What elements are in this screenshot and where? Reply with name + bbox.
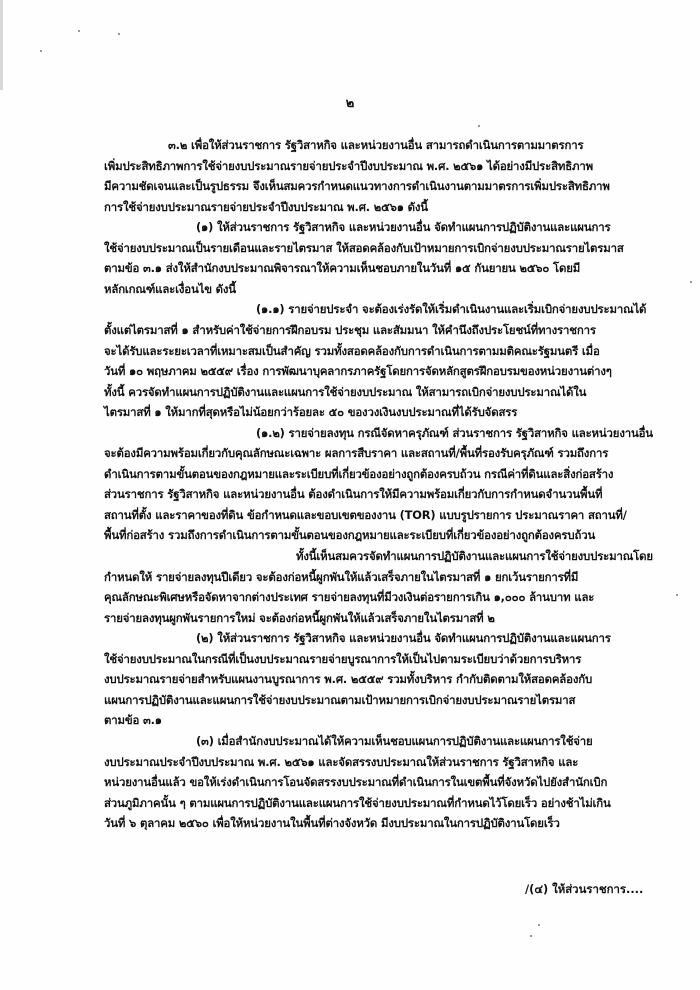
document-line: หน่วยงานอื่นแล้ว ขอให้เร่งดำเนินการโอนจั…	[104, 772, 684, 792]
document-line: เพิ่มประสิทธิภาพการใช้จ่ายงบประมาณรายจ่า…	[104, 156, 684, 176]
scan-speck	[690, 281, 692, 283]
document-line: (๑) ให้ส่วนราชการ รัฐวิสาหกิจ และหน่วยงา…	[196, 217, 610, 237]
document-line: ๓.๒ เพื่อให้ส่วนราชการ รัฐวิสาหกิจ และหน…	[168, 135, 583, 155]
document-line: กำหนดให้ รายจ่ายลงทุนปีเดียว จะต้องก่อหน…	[104, 567, 684, 587]
document-page: ๒ ๓.๒ เพื่อให้ส่วนราชการ รัฐวิสาหกิจ และ…	[0, 0, 700, 990]
document-line: ทั้งนี้ ควรจัดทำแผนการปฏิบัติงานและแผนกา…	[104, 382, 684, 402]
document-line: ตั้งแต่ไตรมาสที่ ๑ สำหรับค่าใช้จ่ายการฝึ…	[104, 320, 684, 340]
document-line: ส่วนภูมิภาคนั้น ๆ ตามแผนการปฏิบัติงานและ…	[104, 793, 684, 813]
document-line: งบประมาณประจำปีงบประมาณ พ.ศ. ๒๕๖๑ และจัด…	[104, 752, 684, 772]
scan-speck	[118, 33, 120, 35]
document-line: ตามข้อ ๓.๑ ส่งให้สำนักงบประมาณพิจารณาให้…	[104, 258, 684, 278]
document-line: วันที่ ๖ ตุลาคม ๒๕๖๐ เพื่อให้หน่วยงานในพ…	[104, 813, 684, 833]
scan-speck	[538, 924, 540, 926]
document-line: (๑.๒) รายจ่ายลงทุน กรณีจัดหาครุภัณฑ์ ส่ว…	[256, 423, 653, 443]
document-line: หลักเกณฑ์และเงื่อนไข ดังนี้	[104, 279, 684, 299]
continuation-note: /(๔) ให้ส่วนราชการ....	[525, 881, 643, 899]
scan-speck	[478, 125, 480, 127]
scan-speck	[530, 935, 532, 937]
document-line: ดำเนินการตามขั้นตอนของกฎหมายและระเบียบที…	[104, 464, 684, 484]
document-line: คุณลักษณะพิเศษหรือจัดหาจากต่างประเทศ ราย…	[104, 587, 684, 607]
document-line: จะต้องมีความพร้อมเกี่ยวกับคุณลักษณะเฉพาะ…	[104, 443, 684, 463]
document-line: สถานที่ตั้ง และราคาของที่ดิน ข้อกำหนดและ…	[104, 505, 684, 525]
page-number: ๒	[0, 92, 700, 113]
document-line: งบประมาณรายจ่ายสำหรับแผนงานบูรณาการ พ.ศ.…	[104, 669, 684, 689]
document-line: ไตรมาสที่ ๑ ให้มากที่สุดหรือไม่น้อยกว่าร…	[104, 402, 684, 422]
document-line: (๒) ให้ส่วนราชการ รัฐวิสาหกิจ และหน่วยงา…	[196, 628, 611, 648]
document-line: มีความชัดเจนและเป็นรูปธรรม จึงเห็นสมควรก…	[104, 176, 684, 196]
document-line: การใช้จ่ายงบประมาณรายจ่ายประจำปีงบประมาณ…	[104, 197, 684, 217]
scan-speck	[78, 30, 80, 32]
document-line: แผนการปฏิบัติงานและแผนการใช้จ่ายงบประมาณ…	[104, 690, 684, 710]
document-line: พื้นที่ก่อสร้าง รวมถึงการดำเนินการตามขั้…	[104, 525, 684, 545]
document-line: ทั้งนี้เห็นสมควรจัดทำแผนการปฏิบัติงานและ…	[296, 546, 653, 566]
document-line: ส่วนราชการ รัฐวิสาหกิจ และหน่วยงานอื่น ต…	[104, 484, 684, 504]
document-line: ตามข้อ ๓.๑	[104, 710, 684, 730]
document-line: (๑.๑) รายจ่ายประจำ จะต้องเร่งรัดให้เริ่ม…	[256, 299, 646, 319]
scan-speck	[676, 594, 678, 596]
scan-edge-artifact	[0, 0, 3, 90]
scan-speck	[40, 50, 42, 52]
document-line: ใช้จ่ายงบประมาณในกรณีที่เป็นงบประมาณรายจ…	[104, 649, 684, 669]
document-line: จะได้รับและระยะเวลาที่เหมาะสมเป็นสำคัญ ร…	[104, 341, 684, 361]
document-line: ใช้จ่ายงบประมาณเป็นรายเดือนและรายไตรมาส …	[104, 238, 684, 258]
document-line: วันที่ ๑๐ พฤษภาคม ๒๕๕๙ เรื่อง การพัฒนาบุ…	[104, 361, 684, 381]
document-line: (๓) เมื่อสำนักงบประมาณได้ให้ความเห็นชอบแ…	[196, 731, 593, 751]
document-line: รายจ่ายลงทุนผูกพันรายการใหม่ จะต้องก่อหน…	[104, 608, 684, 628]
